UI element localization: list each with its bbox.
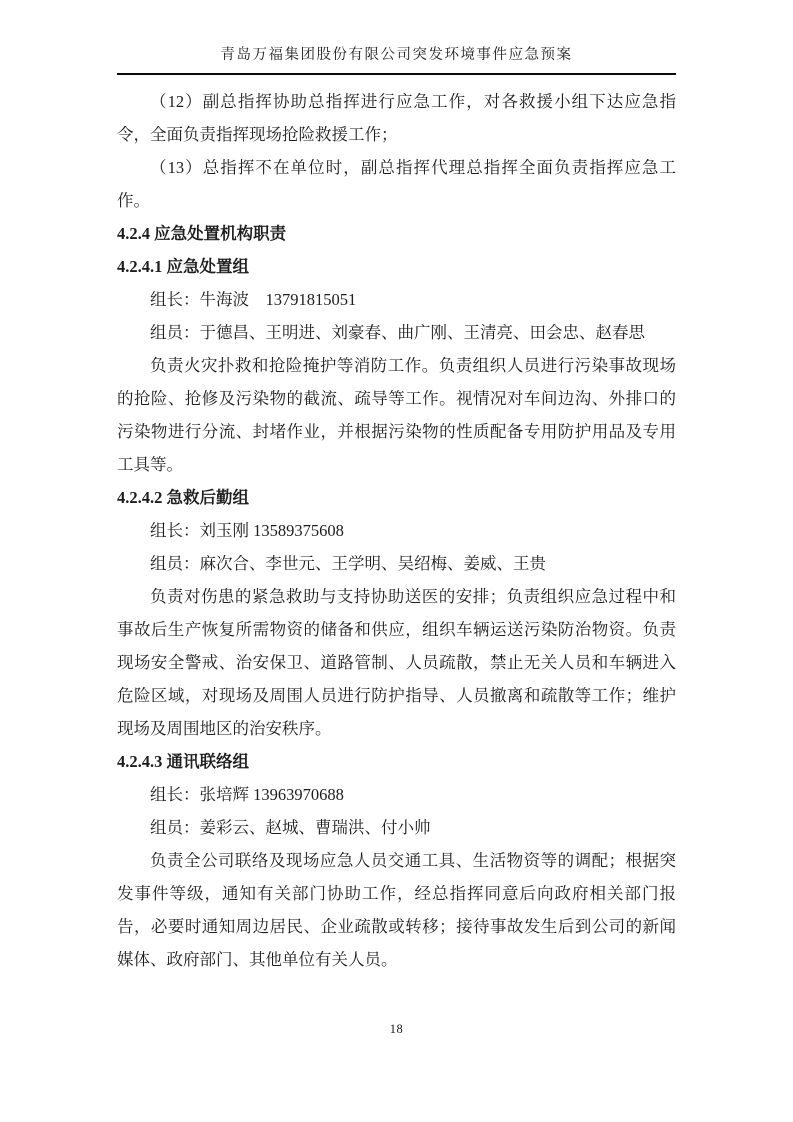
group-members-line: 组员：姜彩云、赵城、曹瑞洪、付小帅 (117, 811, 676, 844)
page-footer: 18 (0, 1020, 793, 1038)
group-leader-line: 组长：张培辉 13963970688 (117, 778, 676, 811)
subsection-heading-4-2-4-1: 4.2.4.1 应急处置组 (117, 250, 676, 283)
paragraph-item-12: （12）副总指挥协助总指挥进行应急工作，对各救援小组下达应急指令，全面负责指挥现… (117, 85, 676, 151)
section-group-1: 4.2.4.1 应急处置组 组长：牛海波 13791815051 组员：于德昌、… (117, 250, 676, 481)
group-duty-paragraph: 负责全公司联络及现场应急人员交通工具、生活物资等的调配；根据突发事件等级，通知有… (117, 844, 676, 976)
document-page: 青岛万福集团股份有限公司突发环境事件应急预案 （12）副总指挥协助总指挥进行应急… (0, 0, 793, 1122)
group-duty-paragraph: 负责火灾扑救和抢险掩护等消防工作。负责组织人员进行污染事故现场的抢险、抢修及污染… (117, 349, 676, 481)
paragraph-item-13: （13）总指挥不在单位时，副总指挥代理总指挥全面负责指挥应急工作。 (117, 151, 676, 217)
document-body: （12）副总指挥协助总指挥进行应急工作，对各救援小组下达应急指令，全面负责指挥现… (117, 75, 676, 976)
page-number: 18 (390, 1022, 404, 1036)
group-leader-line: 组长：刘玉刚 13589375608 (117, 514, 676, 547)
section-group-3: 4.2.4.3 通讯联络组 组长：张培辉 13963970688 组员：姜彩云、… (117, 745, 676, 976)
group-members-line: 组员：于德昌、王明进、刘豪春、曲广刚、王清亮、田会忠、赵春思 (117, 316, 676, 349)
group-members-line: 组员：麻次合、李世元、王学明、吴绍梅、姜威、王贵 (117, 547, 676, 580)
page-header: 青岛万福集团股份有限公司突发环境事件应急预案 (117, 0, 676, 75)
subsection-heading-4-2-4-2: 4.2.4.2 急救后勤组 (117, 481, 676, 514)
page-content: 青岛万福集团股份有限公司突发环境事件应急预案 （12）副总指挥协助总指挥进行应急… (0, 0, 793, 976)
section-group-2: 4.2.4.2 急救后勤组 组长：刘玉刚 13589375608 组员：麻次合、… (117, 481, 676, 745)
group-duty-paragraph: 负责对伤患的紧急救助与支持协助送医的安排；负责组织应急过程中和事故后生产恢复所需… (117, 580, 676, 745)
document-title: 青岛万福集团股份有限公司突发环境事件应急预案 (117, 46, 676, 64)
section-heading-4-2-4: 4.2.4 应急处置机构职责 (117, 217, 676, 250)
group-leader-line: 组长：牛海波 13791815051 (117, 283, 676, 316)
subsection-heading-4-2-4-3: 4.2.4.3 通讯联络组 (117, 745, 676, 778)
